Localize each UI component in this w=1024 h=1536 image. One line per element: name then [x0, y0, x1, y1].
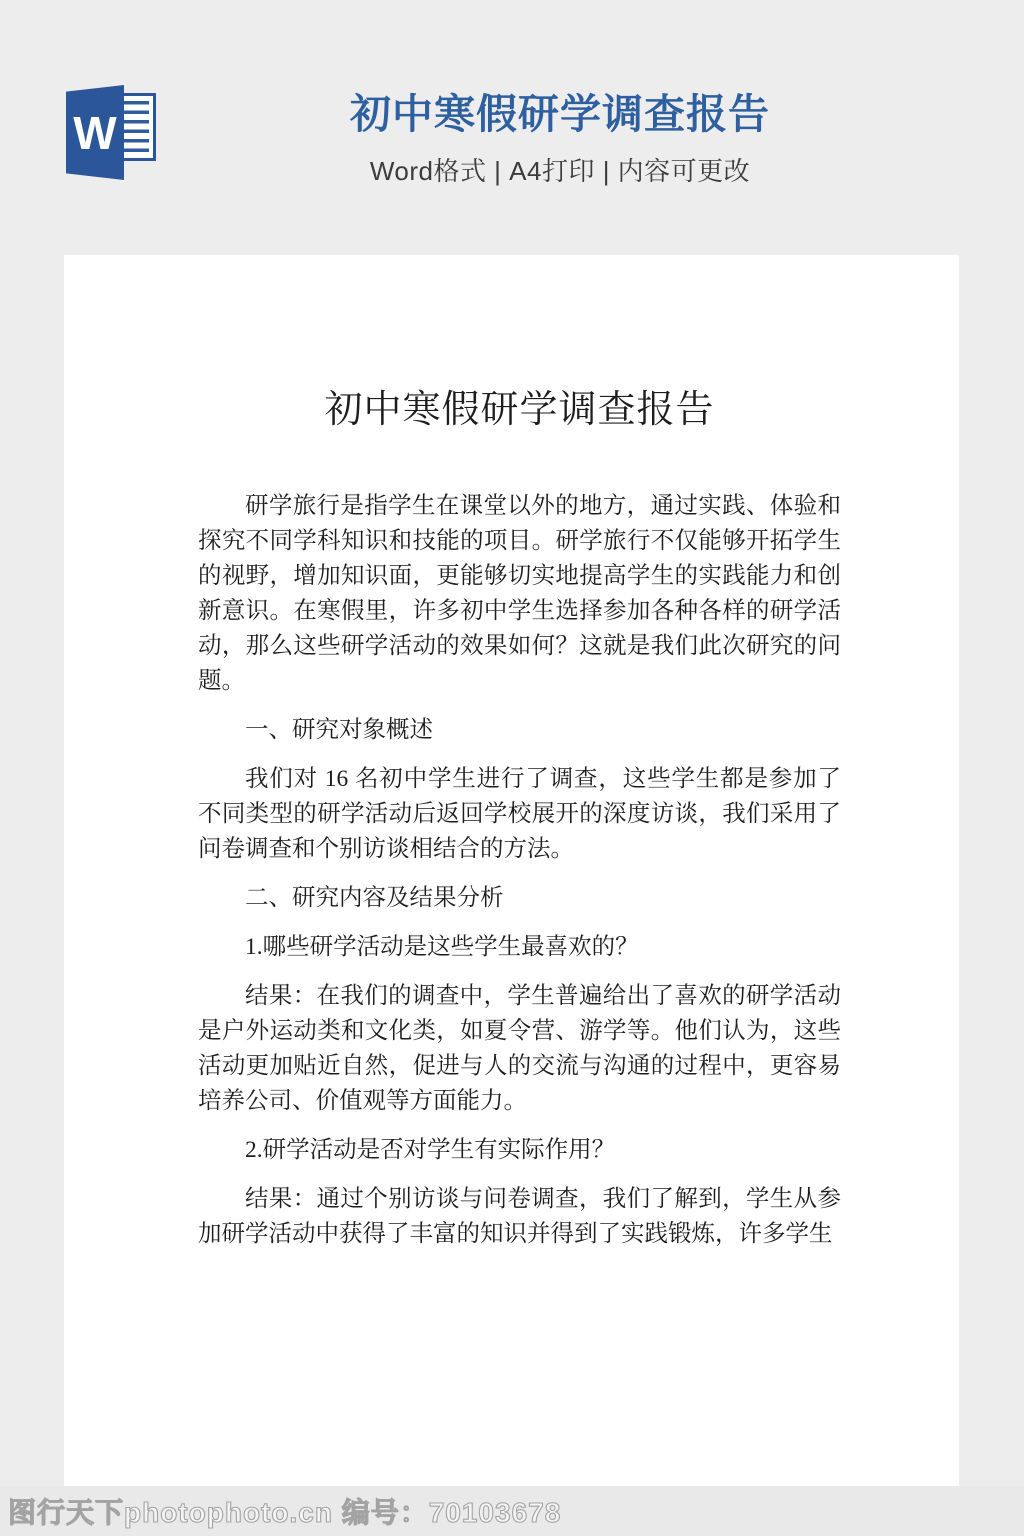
template-header: W 初中寒假研学调查报告 Word格式 | A4打印 | 内容可更改: [0, 0, 1024, 255]
template-title: 初中寒假研学调查报告: [48, 92, 1024, 137]
doc-paragraph-body: 我们对 16 名初中学生进行了调查，这些学生都是参加了不同类型的研学活动后返回学…: [198, 762, 841, 867]
doc-paragraph-body: 结果：通过个别访谈与问卷调查，我们了解到，学生从参加研学活动中获得了丰富的知识并…: [198, 1182, 841, 1252]
doc-paragraph-subheading: 1.哪些研学活动是这些学生最喜欢的？: [198, 930, 841, 965]
template-header-text: 初中寒假研学调查报告 Word格式 | A4打印 | 内容可更改: [48, 92, 1024, 188]
watermark-text: 图行天下photophoto.cn 编号：70103678: [8, 1491, 561, 1531]
template-subtitle: Word格式 | A4打印 | 内容可更改: [48, 151, 1024, 188]
watermark-footer: 图行天下photophoto.cn 编号：70103678: [0, 1486, 1024, 1536]
doc-paragraph-subheading: 2.研学活动是否对学生有实际作用？: [198, 1133, 841, 1168]
page-background: { "header": { "icon_letter": "W", "title…: [0, 0, 1024, 1536]
document-title: 初中寒假研学调查报告: [198, 387, 841, 433]
doc-paragraph-body: 研学旅行是指学生在课堂以外的地方，通过实践、体验和探究不同学科知识和技能的项目。…: [198, 489, 841, 699]
doc-paragraph-heading: 一、研究对象概述: [198, 713, 841, 748]
doc-paragraph-heading: 二、研究内容及结果分析: [198, 881, 841, 916]
doc-paragraph-body: 结果：在我们的调查中，学生普遍给出了喜欢的研学活动是户外运动类和文化类，如夏令营…: [198, 979, 841, 1119]
document-page: 初中寒假研学调查报告 研学旅行是指学生在课堂以外的地方，通过实践、体验和探究不同…: [64, 255, 959, 1486]
document-body: 研学旅行是指学生在课堂以外的地方，通过实践、体验和探究不同学科知识和技能的项目。…: [198, 489, 841, 1252]
